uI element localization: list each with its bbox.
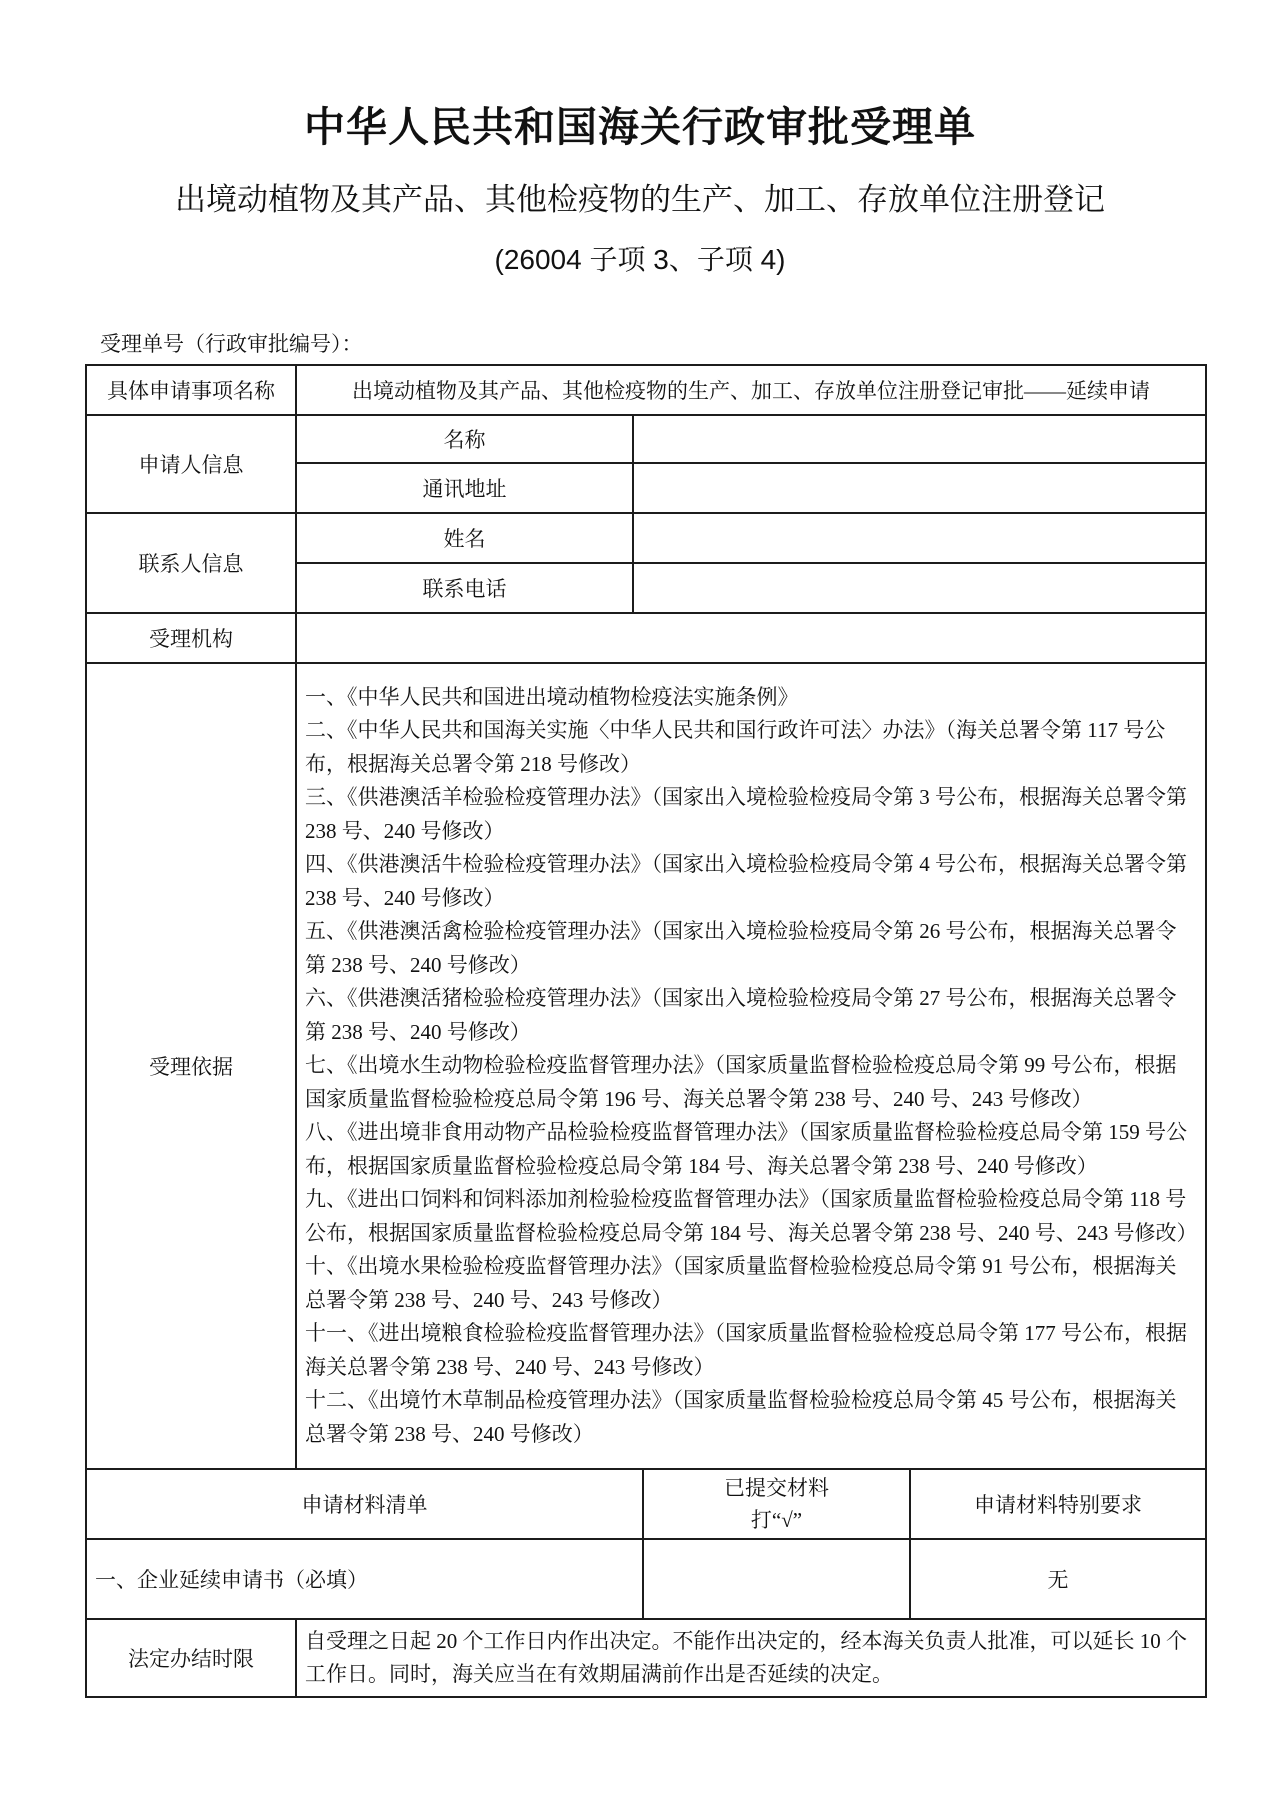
document-page: 中华人民共和国海关行政审批受理单 出境动植物及其产品、其他检疫物的生产、加工、存… (0, 102, 1280, 1698)
table-row: 申请人信息 名称 (86, 415, 1206, 463)
acceptance-number-label: 受理单号（行政审批编号）： (100, 330, 1280, 358)
applicant-section-label: 申请人信息 (86, 415, 296, 513)
table-row: 受理机构 (86, 613, 1206, 663)
basis-item: 十一、《进出境粮食检验检疫监督管理办法》（国家质量监督检验检疫总局令第 177 … (305, 1317, 1197, 1384)
approval-item-code: (26004 子项 3、子项 4) (0, 242, 1280, 278)
acceptance-form-table: 具体申请事项名称 出境动植物及其产品、其他检疫物的生产、加工、存放单位注册登记审… (85, 364, 1207, 1698)
table-row: 法定办结时限 自受理之日起 20 个工作日内作出决定。不能作出决定的，经本海关负… (86, 1619, 1206, 1697)
applicant-name-field[interactable] (633, 415, 1206, 463)
basis-item: 一、《中华人民共和国进出境动植物检疫法实施条例》 (305, 681, 1197, 715)
basis-item: 五、《供港澳活禽检验检疫管理办法》（国家出入境检验检疫局令第 26 号公布，根据… (305, 915, 1197, 982)
basis-item: 三、《供港澳活羊检验检疫管理办法》（国家出入境检验检疫局令第 3 号公布，根据海… (305, 781, 1197, 848)
table-row: 受理依据 一、《中华人民共和国进出境动植物检疫法实施条例》二、《中华人民共和国海… (86, 663, 1206, 1469)
contact-section-label: 联系人信息 (86, 513, 296, 613)
table-row: 申请材料清单 已提交材料 打“√” 申请材料特别要求 (86, 1469, 1206, 1539)
materials-submitted-header: 已提交材料 打“√” (643, 1469, 910, 1539)
applicant-name-label: 名称 (296, 415, 633, 463)
basis-item: 七、《出境水生动物检验检疫监督管理办法》（国家质量监督检验检疫总局令第 99 号… (305, 1049, 1197, 1116)
item-name-label: 具体申请事项名称 (86, 365, 296, 415)
table-row: 具体申请事项名称 出境动植物及其产品、其他检疫物的生产、加工、存放单位注册登记审… (86, 365, 1206, 415)
contact-phone-field[interactable] (633, 563, 1206, 613)
applicant-address-field[interactable] (633, 463, 1206, 513)
deadline-value: 自受理之日起 20 个工作日内作出决定。不能作出决定的，经本海关负责人批准，可以… (296, 1619, 1206, 1697)
materials-special-header: 申请材料特别要求 (910, 1469, 1206, 1539)
basis-item: 十、《出境水果检验检疫监督管理办法》（国家质量监督检验检疫总局令第 91 号公布… (305, 1250, 1197, 1317)
material-item-name: 一、企业延续申请书（必填） (86, 1539, 643, 1619)
table-row: 联系人信息 姓名 (86, 513, 1206, 563)
accepting-authority-label: 受理机构 (86, 613, 296, 663)
contact-name-field[interactable] (633, 513, 1206, 563)
contact-name-label: 姓名 (296, 513, 633, 563)
basis-item: 二、《中华人民共和国海关实施〈中华人民共和国行政许可法〉办法》（海关总署令第 1… (305, 714, 1197, 781)
materials-submitted-header-line1: 已提交材料 (652, 1472, 901, 1504)
acceptance-basis-label: 受理依据 (86, 663, 296, 1469)
page-title: 中华人民共和国海关行政审批受理单 (0, 102, 1280, 152)
basis-item: 九、《进出口饲料和饲料添加剂检验检疫监督管理办法》（国家质量监督检验检疫总局令第… (305, 1183, 1197, 1250)
accepting-authority-field[interactable] (296, 613, 1206, 663)
table-row: 一、企业延续申请书（必填） 无 (86, 1539, 1206, 1619)
deadline-label: 法定办结时限 (86, 1619, 296, 1697)
materials-submitted-header-line2: 打“√” (652, 1504, 901, 1536)
material-item-submitted-checkbox[interactable] (643, 1539, 910, 1619)
acceptance-basis-content: 一、《中华人民共和国进出境动植物检疫法实施条例》二、《中华人民共和国海关实施〈中… (296, 663, 1206, 1469)
basis-item: 十二、《出境竹木草制品检疫管理办法》（国家质量监督检验检疫总局令第 45 号公布… (305, 1384, 1197, 1451)
applicant-address-label: 通讯地址 (296, 463, 633, 513)
contact-phone-label: 联系电话 (296, 563, 633, 613)
material-item-special-requirement: 无 (910, 1539, 1206, 1619)
basis-item: 四、《供港澳活牛检验检疫管理办法》（国家出入境检验检疫局令第 4 号公布，根据海… (305, 848, 1197, 915)
item-name-value: 出境动植物及其产品、其他检疫物的生产、加工、存放单位注册登记审批——延续申请 (296, 365, 1206, 415)
basis-item: 八、《进出境非食用动物产品检验检疫监督管理办法》（国家质量监督检验检疫总局令第 … (305, 1116, 1197, 1183)
page-subtitle: 出境动植物及其产品、其他检疫物的生产、加工、存放单位注册登记 (0, 180, 1280, 220)
materials-list-header: 申请材料清单 (86, 1469, 643, 1539)
basis-item: 六、《供港澳活猪检验检疫管理办法》（国家出入境检验检疫局令第 27 号公布，根据… (305, 982, 1197, 1049)
